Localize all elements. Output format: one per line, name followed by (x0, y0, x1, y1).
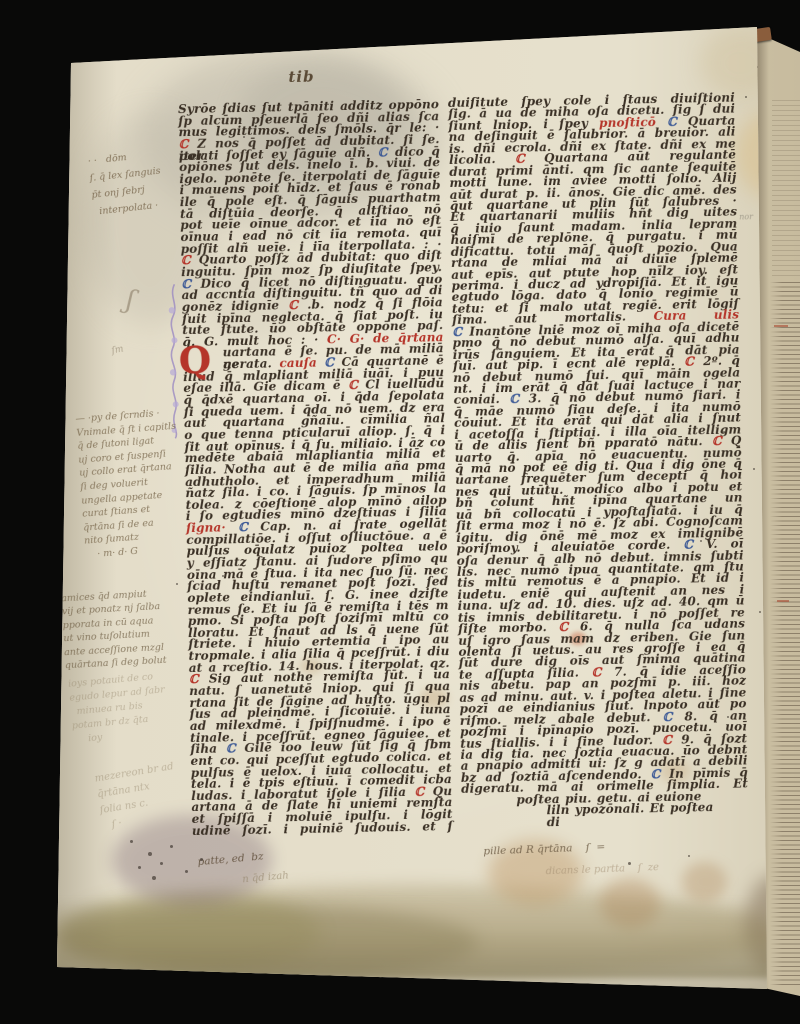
margin-note-line: nor (739, 212, 753, 221)
margin-note-line: n q̄d izah (232, 870, 289, 887)
ink-speck (148, 852, 152, 856)
manuscript-photo: tib Syrōe ſdias ſut tpāniti additz oppōn… (0, 0, 800, 1024)
ink-speck (138, 866, 141, 869)
margin-note-line: dicans le partta ſ ze (546, 862, 660, 878)
parchment-leaf: tib Syrōe ſdias ſut tpāniti additz oppōn… (0, 0, 800, 1024)
margin-note-line: patte, ed bz (197, 850, 264, 868)
ink-text: liln ypozōnali. Et poſtea di (546, 800, 713, 829)
ink-speck (723, 431, 725, 433)
text-column-right: duiſitute ſpey cole i ſtaus diuiſtioniſi… (448, 93, 749, 819)
text-line: liln ypozōnali. Et poſtea di (546, 802, 726, 817)
ink-speck (628, 862, 631, 865)
margin-note: nor (739, 212, 753, 221)
ink-speck (243, 136, 245, 138)
ink-speck (753, 468, 755, 470)
margin-note: ʃ (124, 287, 136, 314)
margin-note: · · dōmſ. q̄ lex ſanguisp̄t onj ſebrj in… (87, 146, 165, 221)
margin-note: ioys potauit de coegudo lepur ad ſabr mi… (68, 669, 169, 747)
ink-speck (130, 840, 133, 843)
ink-speck (584, 990, 587, 993)
ink-speck (688, 855, 690, 857)
margin-note: n q̄d izah (232, 870, 289, 887)
ink-speck (200, 858, 203, 861)
margin-note-line: ʃ (124, 287, 136, 314)
page-content: tib Syrōe ſdias ſut tpāniti additz oppōn… (0, 0, 800, 1024)
ink-speck (700, 540, 702, 542)
margin-note: pille ad R q̄rtāna ſ = (483, 841, 605, 857)
margin-note: ſm (111, 344, 125, 356)
ink-speck (176, 583, 178, 585)
margin-note: amices q̄d ampiutvij et ponatz nj ſalbap… (61, 587, 167, 673)
ink-speck (160, 862, 163, 865)
next-page-text-faint (772, 100, 800, 280)
margin-note: patte, ed bz (197, 850, 264, 868)
running-header: tib (288, 68, 314, 86)
next-page-rubric-mark (777, 600, 789, 602)
ink-speck (170, 845, 173, 848)
margin-note: mezereon br adq̄rtāna ntxſolia ns c. ſ · (94, 759, 183, 835)
ink-speck (222, 575, 224, 577)
next-page-text (770, 282, 800, 988)
ink-speck (185, 870, 188, 873)
ink-speck (727, 716, 729, 718)
ink-speck (152, 876, 156, 880)
next-page-rubric-mark (774, 325, 788, 327)
ink-speck (560, 992, 562, 994)
bottom-damp-stain (55, 898, 770, 978)
margin-note-line: pille ad R q̄rtāna ſ = (483, 841, 605, 857)
margin-note: — ·py de ſcrndis ·Vnimale q̄ ſt i capitl… (75, 406, 185, 562)
text-line: udinē ſozī. i puiniē ſudouis. et ſ (192, 821, 453, 838)
ink-speck (759, 611, 761, 613)
margin-note: dicans le partta ſ ze (546, 862, 660, 878)
ink-speck (302, 585, 304, 587)
text-column-left: Syrōe ſdias ſut tpāniti additz oppōnoſp … (178, 99, 453, 837)
ink-speck (745, 96, 747, 98)
margin-note-line: ſm (111, 344, 125, 356)
marginalia-layer: · · dōmſ. q̄ lex ſanguisp̄t onj ſebrj in… (0, 0, 791, 8)
